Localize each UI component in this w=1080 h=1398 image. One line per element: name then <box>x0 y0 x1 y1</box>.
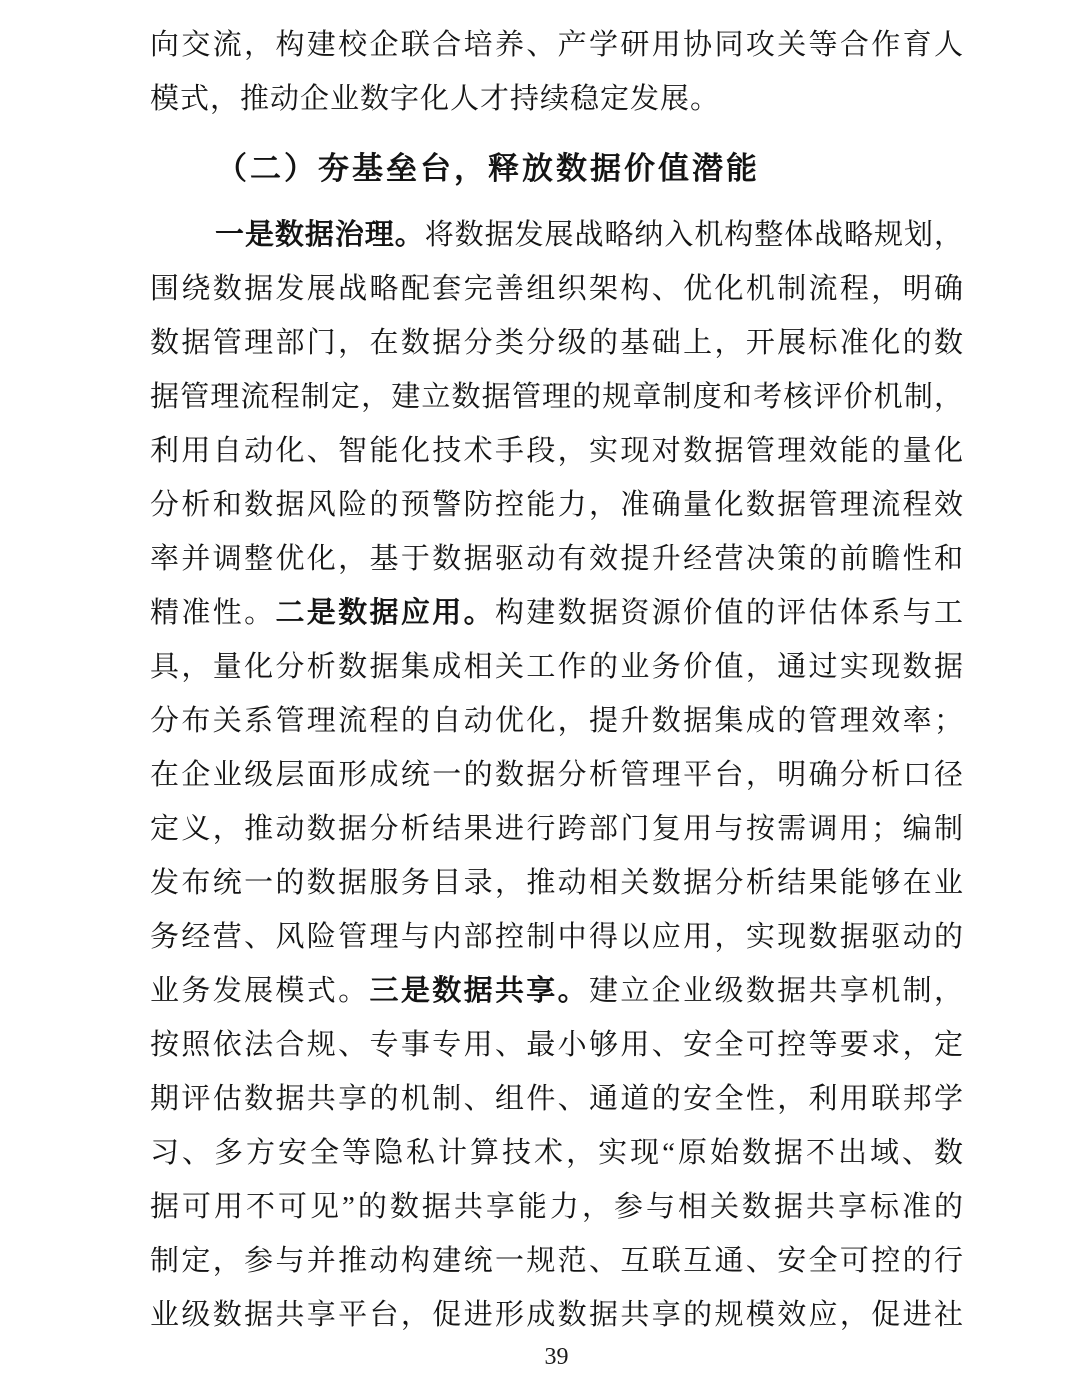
text-line: 按照依法合规、专事专用、最小够用、安全可控等要求，定 <box>150 1018 963 1072</box>
section-heading: （二）夯基垒台，释放数据价值潜能 <box>150 142 963 196</box>
body-text: 模式，推动企业数字化人才持续稳定发展。 <box>150 83 720 115</box>
body-text: 定义，推动数据分析结果进行跨部门复用与按需调用；编制 <box>150 813 963 845</box>
text-line: 向交流，构建校企联合培养、产学研用协同攻关等合作育人 <box>150 18 963 72</box>
text-line: 发布统一的数据服务目录，推动相关数据分析结果能够在业 <box>150 856 963 910</box>
body-text: 按照依法合规、专事专用、最小够用、安全可控等要求，定 <box>150 1029 963 1061</box>
body-text: 发布统一的数据服务目录，推动相关数据分析结果能够在业 <box>150 867 963 899</box>
body-text: 业级数据共享平台，促进形成数据共享的规模效应，促进社 <box>150 1299 963 1331</box>
text-line: 期评估数据共享的机制、组件、通道的安全性，利用联邦学 <box>150 1072 963 1126</box>
body-text: 期评估数据共享的机制、组件、通道的安全性，利用联邦学 <box>150 1083 963 1115</box>
text-line: 一是数据治理。将数据发展战略纳入机构整体战略规划， <box>150 208 963 262</box>
body-text: 建立企业级数据共享机制， <box>589 975 963 1007</box>
text-line: 制定，参与并推动构建统一规范、互联互通、安全可控的行 <box>150 1234 963 1288</box>
body-text: 分布关系管理流程的自动优化，提升数据集成的管理效率； <box>150 705 963 737</box>
text-line: 定义，推动数据分析结果进行跨部门复用与按需调用；编制 <box>150 802 963 856</box>
text-line: 率并调整优化，基于数据驱动有效提升经营决策的前瞻性和 <box>150 532 963 586</box>
document-body: 向交流，构建校企联合培养、产学研用协同攻关等合作育人模式，推动企业数字化人才持续… <box>150 18 963 1342</box>
text-line: 围绕数据发展战略配套完善组织架构、优化机制流程，明确 <box>150 262 963 316</box>
body-text: 据管理流程制定，建立数据管理的规章制度和考核评价机制， <box>150 381 963 413</box>
body-text: 率并调整优化，基于数据驱动有效提升经营决策的前瞻性和 <box>150 543 963 575</box>
body-text: 在企业级层面形成统一的数据分析管理平台，明确分析口径 <box>150 759 963 791</box>
body-text: 数据管理部门，在数据分类分级的基础上，开展标准化的数 <box>150 327 963 359</box>
emphasis-text: 一是数据治理。 <box>215 219 425 251</box>
text-line: 业务发展模式。三是数据共享。建立企业级数据共享机制， <box>150 964 963 1018</box>
body-text: 构建数据资源价值的评估体系与工 <box>495 597 963 629</box>
body-text: 习、多方安全等隐私计算技术，实现“原始数据不出域、数 <box>150 1137 963 1169</box>
body-text: 制定，参与并推动构建统一规范、互联互通、安全可控的行 <box>150 1245 963 1277</box>
body-text: 利用自动化、智能化技术手段，实现对数据管理效能的量化 <box>150 435 963 467</box>
text-line: 分布关系管理流程的自动优化，提升数据集成的管理效率； <box>150 694 963 748</box>
emphasis-text: 二是数据应用。 <box>275 597 495 629</box>
body-text: 务经营、风险管理与内部控制中得以应用，实现数据驱动的 <box>150 921 963 953</box>
body-text: 将数据发展战略纳入机构整体战略规划， <box>425 219 963 251</box>
text-line: 分析和数据风险的预警防控能力，准确量化数据管理流程效 <box>150 478 963 532</box>
body-text: 分析和数据风险的预警防控能力，准确量化数据管理流程效 <box>150 489 963 521</box>
text-line: 业级数据共享平台，促进形成数据共享的规模效应，促进社 <box>150 1288 963 1342</box>
text-line: 模式，推动企业数字化人才持续稳定发展。 <box>150 72 963 126</box>
text-line: 具，量化分析数据集成相关工作的业务价值，通过实现数据 <box>150 640 963 694</box>
text-line: 据可用不可见”的数据共享能力，参与相关数据共享标准的 <box>150 1180 963 1234</box>
text-line: 精准性。二是数据应用。构建数据资源价值的评估体系与工 <box>150 586 963 640</box>
body-text: 向交流，构建校企联合培养、产学研用协同攻关等合作育人 <box>150 29 963 61</box>
body-text: 据可用不可见”的数据共享能力，参与相关数据共享标准的 <box>150 1191 963 1223</box>
text-line: 务经营、风险管理与内部控制中得以应用，实现数据驱动的 <box>150 910 963 964</box>
emphasis-text: （二）夯基垒台，释放数据价值潜能 <box>216 151 760 186</box>
page-number: 39 <box>150 1344 963 1371</box>
body-text: 业务发展模式。 <box>150 975 370 1007</box>
body-text: 精准性。 <box>150 597 275 629</box>
body-text: 围绕数据发展战略配套完善组织架构、优化机制流程，明确 <box>150 273 963 305</box>
text-line: 习、多方安全等隐私计算技术，实现“原始数据不出域、数 <box>150 1126 963 1180</box>
text-line: 数据管理部门，在数据分类分级的基础上，开展标准化的数 <box>150 316 963 370</box>
document-page: 向交流，构建校企联合培养、产学研用协同攻关等合作育人模式，推动企业数字化人才持续… <box>0 0 1080 1398</box>
text-line: 利用自动化、智能化技术手段，实现对数据管理效能的量化 <box>150 424 963 478</box>
emphasis-text: 三是数据共享。 <box>370 975 590 1007</box>
text-line: 据管理流程制定，建立数据管理的规章制度和考核评价机制， <box>150 370 963 424</box>
body-text: 具，量化分析数据集成相关工作的业务价值，通过实现数据 <box>150 651 963 683</box>
text-line: 在企业级层面形成统一的数据分析管理平台，明确分析口径 <box>150 748 963 802</box>
